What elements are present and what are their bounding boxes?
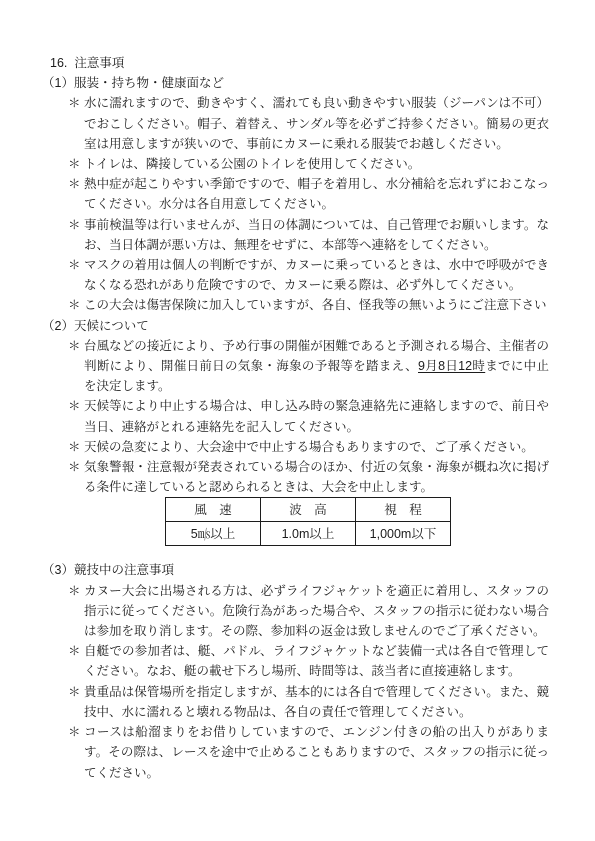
list-item-text: 水に濡れますので、動きやすく、濡れても良い動きやすい服装（ジーパンは不可）でおこ… — [84, 93, 549, 154]
weather-limit-table: 風 速 波 高 視 程 5㎧以上 1.0m以上 1,000m以下 — [165, 497, 451, 546]
list-item: ＊ 貴重品は保管場所を指定しますが、基本的には各自で管理してください。また、競技… — [50, 682, 549, 722]
bullet-marker: ＊ — [68, 457, 84, 477]
bullet-marker: ＊ — [68, 641, 84, 661]
section-weather: （2）天候について ＊ 台風などの接近により、予め行事の開催が困難であると予測さ… — [50, 316, 549, 547]
list-item-text: カヌー大会に出場される方は、必ずライフジャケットを適正に着用し、スタッフの指示に… — [84, 581, 549, 642]
section-clothing: （1）服装・持ち物・健康面など ＊ 水に濡れますので、動きやすく、濡れても良い動… — [50, 73, 549, 315]
cancel-deadline-underlined: 9月8日12時 — [418, 359, 485, 373]
list-item-text: 貴重品は保管場所を指定しますが、基本的には各自で管理してください。また、競技中、… — [84, 682, 549, 722]
visibility-header: 視 程 — [356, 498, 451, 522]
list-item-text: この大会は傷害保険に加入していますが、各自、怪我等の無いようにご注意下さい — [84, 295, 549, 315]
bullet-marker: ＊ — [68, 396, 84, 416]
wave-height-header: 波 高 — [261, 498, 356, 522]
bullet-marker: ＊ — [68, 336, 84, 356]
list-item: ＊ この大会は傷害保険に加入していますが、各自、怪我等の無いようにご注意下さい — [50, 295, 549, 315]
table-header-row: 風 速 波 高 視 程 — [166, 498, 451, 522]
section-3-title: （3）競技中の注意事項 — [42, 560, 549, 580]
list-item: ＊ トイレは、隣接している公園のトイレを使用してください。 — [50, 154, 549, 174]
wave-height-value: 1.0m以上 — [261, 522, 356, 546]
list-item-text: 自艇での参加者は、艇、パドル、ライフジャケットなど装備一式は各自で管理してくださ… — [84, 641, 549, 681]
wind-speed-header: 風 速 — [166, 498, 261, 522]
list-item: ＊ 水に濡れますので、動きやすく、濡れても良い動きやすい服装（ジーパンは不可）で… — [50, 93, 549, 154]
list-item-text: 熱中症が起こりやすい季節ですので、帽子を着用し、水分補給を忘れずにおこなってくだ… — [84, 174, 549, 214]
list-item: ＊ 天候の急変により、大会途中で中止する場合もありますので、ご了承ください。 — [50, 437, 549, 457]
document-page: 16. 注意事項 （1）服装・持ち物・健康面など ＊ 水に濡れますので、動きやす… — [0, 0, 595, 841]
bullet-marker: ＊ — [68, 215, 84, 235]
table-row: 5㎧以上 1.0m以上 1,000m以下 — [166, 522, 451, 546]
section-2-title: （2）天候について — [42, 316, 549, 336]
list-item-text: 天候等により中止する場合は、申し込み時の緊急連絡先に連絡しますので、前日や当日、… — [84, 396, 549, 436]
list-item: ＊ 事前検温等は行いませんが、当日の体調については、自己管理でお願いします。なお… — [50, 215, 549, 255]
list-item: ＊ 気象警報・注意報が発表されている場合のほか、付近の気象・海象が概ね次に掲げる… — [50, 457, 549, 497]
bullet-marker: ＊ — [68, 722, 84, 742]
bullet-marker: ＊ — [68, 154, 84, 174]
bullet-marker: ＊ — [68, 255, 84, 275]
list-item-text: 事前検温等は行いませんが、当日の体調については、自己管理でお願いします。なお、当… — [84, 215, 549, 255]
bullet-marker: ＊ — [68, 295, 84, 315]
wind-speed-value: 5㎧以上 — [166, 522, 261, 546]
visibility-value: 1,000m以下 — [356, 522, 451, 546]
bullet-marker: ＊ — [68, 437, 84, 457]
bullet-marker: ＊ — [68, 682, 84, 702]
doc-heading: 16. 注意事項 — [50, 53, 549, 73]
list-item: ＊ カヌー大会に出場される方は、必ずライフジャケットを適正に着用し、スタッフの指… — [50, 581, 549, 642]
list-item: ＊ 台風などの接近により、予め行事の開催が困難であると予測される場合、主催者の判… — [50, 336, 549, 397]
list-item-text: 気象警報・注意報が発表されている場合のほか、付近の気象・海象が概ね次に掲げる条件… — [84, 457, 549, 497]
list-item: ＊ 自艇での参加者は、艇、パドル、ライフジャケットなど装備一式は各自で管理してく… — [50, 641, 549, 681]
list-item-text: トイレは、隣接している公園のトイレを使用してください。 — [84, 154, 549, 174]
list-item-text: マスクの着用は個人の判断ですが、カヌーに乗っているときは、水中で呼吸ができなくな… — [84, 255, 549, 295]
list-item-text: コースは船溜まりをお借りしていますので、エンジン付きの船の出入りがあります。その… — [84, 722, 549, 783]
list-item: ＊ 天候等により中止する場合は、申し込み時の緊急連絡先に連絡しますので、前日や当… — [50, 396, 549, 436]
list-item: ＊ マスクの着用は個人の判断ですが、カヌーに乗っているときは、水中で呼吸ができな… — [50, 255, 549, 295]
bullet-marker: ＊ — [68, 581, 84, 601]
bullet-marker: ＊ — [68, 93, 84, 113]
list-item-text: 天候の急変により、大会途中で中止する場合もありますので、ご了承ください。 — [84, 437, 549, 457]
list-item-text: 台風などの接近により、予め行事の開催が困難であると予測される場合、主催者の判断に… — [84, 336, 549, 397]
list-item: ＊ コースは船溜まりをお借りしていますので、エンジン付きの船の出入りがあります。… — [50, 722, 549, 783]
list-item: ＊ 熱中症が起こりやすい季節ですので、帽子を着用し、水分補給を忘れずにおこなって… — [50, 174, 549, 214]
section-competition: （3）競技中の注意事項 ＊ カヌー大会に出場される方は、必ずライフジャケットを適… — [50, 560, 549, 782]
bullet-marker: ＊ — [68, 174, 84, 194]
section-1-title: （1）服装・持ち物・健康面など — [42, 73, 549, 93]
